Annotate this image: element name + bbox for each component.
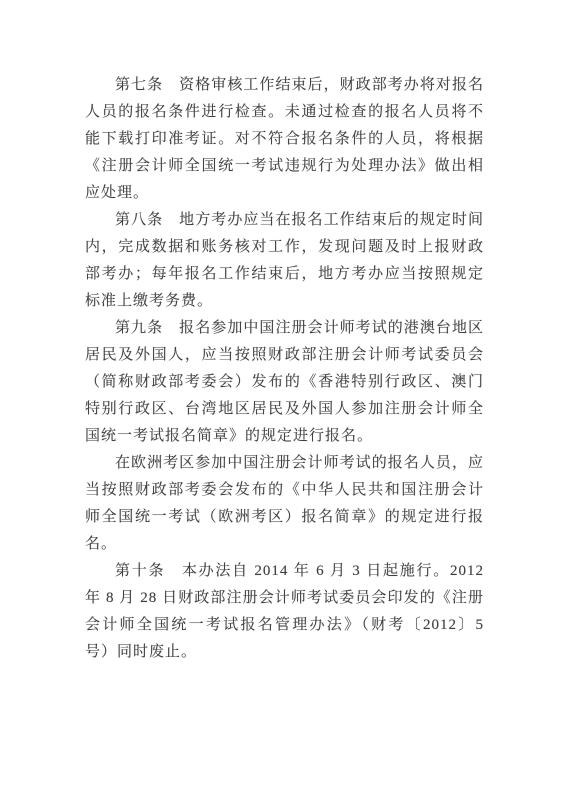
paragraph-article-9-europe: 在欧洲考区参加中国注册会计师考试的报名人员，应当按照财政部考委会发布的《中华人民… [85, 450, 484, 558]
paragraph-article-9: 第九条 报名参加中国注册会计师考试的港澳台地区居民及外国人，应当按照财政部注册会… [85, 315, 484, 450]
paragraph-article-8: 第八条 地方考办应当在报名工作结束后的规定时间内，完成数据和账务核对工作，发现问… [85, 207, 484, 315]
paragraph-article-10: 第十条 本办法自 2014 年 6 月 3 日起施行。2012 年 8 月 28… [85, 558, 484, 666]
document-page: 第七条 资格审核工作结束后，财政部考办将对报名人员的报名条件进行检查。未通过检查… [85, 72, 484, 666]
paragraph-article-7: 第七条 资格审核工作结束后，财政部考办将对报名人员的报名条件进行检查。未通过检查… [85, 72, 484, 207]
